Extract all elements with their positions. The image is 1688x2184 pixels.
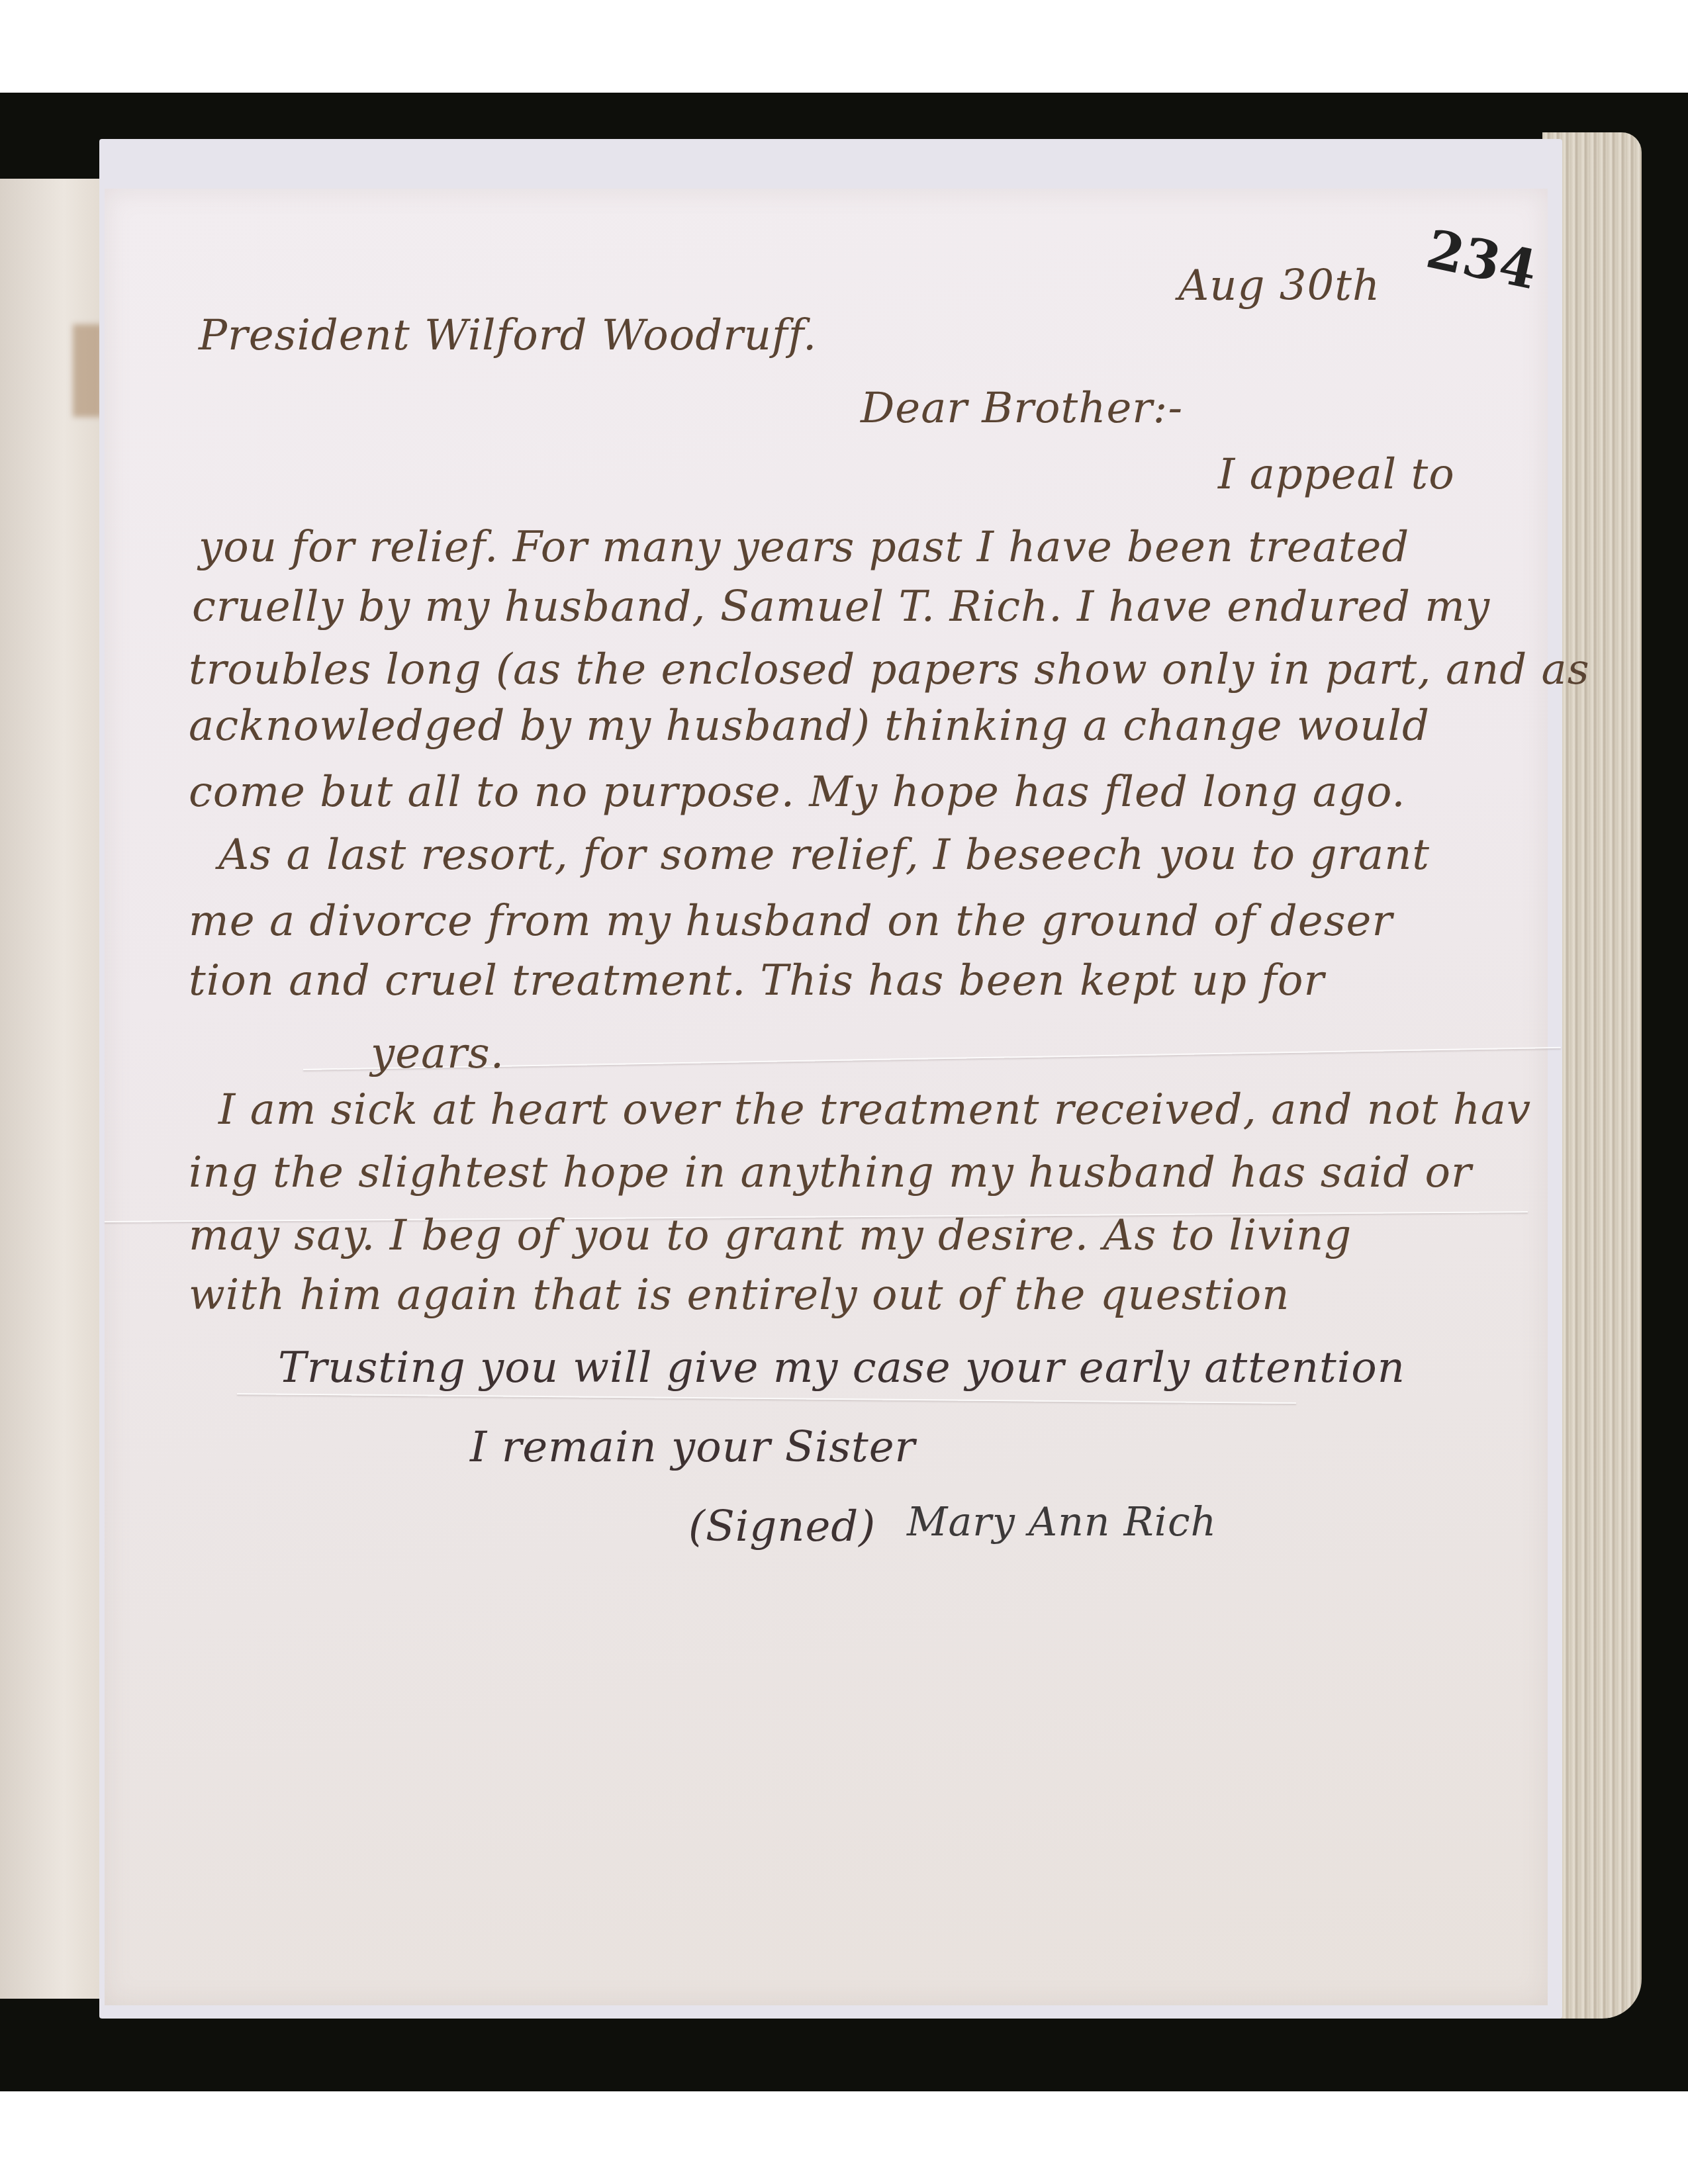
body-line: I am sick at heart over the treatment re…	[218, 1085, 1531, 1134]
body-line: cruelly by my husband, Samuel T. Rich. I…	[192, 582, 1490, 631]
body-line: I appeal to	[1218, 450, 1455, 499]
body-line: As a last resort, for some relief, I bes…	[218, 831, 1430, 880]
paper-crease	[237, 1393, 1296, 1404]
body-line: me a divorce from my husband on the grou…	[189, 897, 1393, 946]
body-line: ing the slightest hope in anything my hu…	[189, 1148, 1472, 1197]
left-page-edge	[0, 179, 106, 1999]
signature-name: Mary Ann Rich	[907, 1499, 1217, 1545]
body-line: years.	[371, 1029, 504, 1078]
addressee: President Wilford Woodruff.	[199, 311, 817, 360]
body-line: may say. I beg of you to grant my desire…	[189, 1211, 1352, 1260]
body-line: tion and cruel treatment. This has been …	[189, 956, 1325, 1005]
body-line: you for relief. For many years past I ha…	[199, 523, 1409, 572]
stain	[73, 324, 103, 417]
body-line: troubles long (as the enclosed papers sh…	[189, 645, 1590, 694]
body-line: acknowledged by my husband) thinking a c…	[189, 702, 1430, 751]
body-line: with him again that is entirely out of t…	[189, 1271, 1289, 1320]
closing-line: Trusting you will give my case your earl…	[278, 1343, 1405, 1392]
valediction: I remain your Sister	[470, 1423, 915, 1472]
signature-label: (Signed)	[688, 1502, 876, 1551]
body-line: come but all to no purpose. My hope has …	[189, 768, 1406, 817]
letter-date: Aug 30th	[1178, 261, 1380, 310]
salutation: Dear Brother:-	[861, 384, 1183, 433]
